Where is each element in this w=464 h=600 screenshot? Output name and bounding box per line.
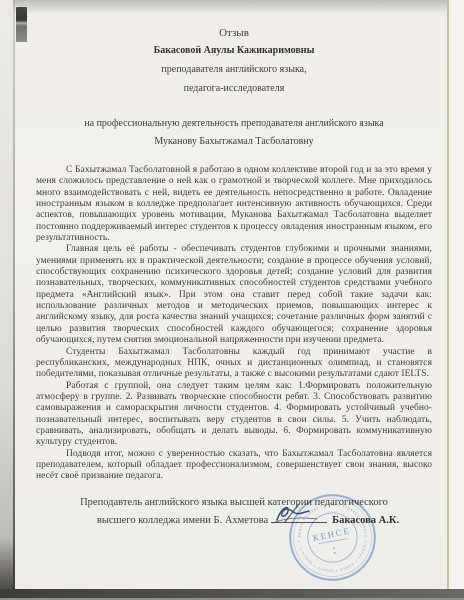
paragraph-3: Студенты Бахытжамал Тасболатовны каждый … xyxy=(36,347,432,381)
paragraph-4: Работая с группой, она следует таким цел… xyxy=(36,381,432,449)
document-body: Отзыв Бакасовой Аяулы Кажикаримовны преп… xyxy=(36,26,432,529)
office-stamp-icon: • кеңсе тіркеуі • кеңсе тіркеуі • кеңсе … xyxy=(281,486,384,589)
scanned-review-document: Отзыв Бакасовой Аяулы Кажикаримовны преп… xyxy=(0,0,464,600)
subject-line1: на профессиональную деятельность препода… xyxy=(36,118,432,130)
binder-clip-mark xyxy=(16,7,27,42)
scan-left-margin xyxy=(0,0,13,600)
paragraph-1: С Бахытжамал Тасболатовной я работаю в о… xyxy=(36,165,432,244)
scan-top-shadow xyxy=(0,0,454,14)
reviewer-role-line2: педагога-исследователя xyxy=(36,83,432,95)
scan-right-margin xyxy=(449,0,464,600)
page-title: Отзыв xyxy=(36,26,432,40)
reviewer-role-line1: преподавателя английского языка, xyxy=(36,64,432,76)
paragraph-2: Главная цель её работы - обеспечивать ст… xyxy=(36,244,432,346)
review-text: С Бахытжамал Тасболатовной я работаю в о… xyxy=(36,165,432,483)
stamp-center-text: КЕНСЕ xyxy=(312,525,352,543)
page-left-edge xyxy=(13,0,15,600)
page-right-edge xyxy=(447,0,449,600)
reviewer-name: Бакасовой Аяулы Кажикаримовны xyxy=(36,45,432,57)
subject-line2: Муканову Бахытжамал Тасболатовну xyxy=(36,136,432,148)
paragraph-5: Подводя итог, можно с уверенностью сказа… xyxy=(36,449,432,483)
signatory-line2: высшего колледжа имени Б. Ахметова Бакас… xyxy=(50,511,446,529)
signatory-college: высшего колледжа имени Б. Ахметова xyxy=(97,515,268,526)
scan-bottom-shadow xyxy=(0,589,464,598)
